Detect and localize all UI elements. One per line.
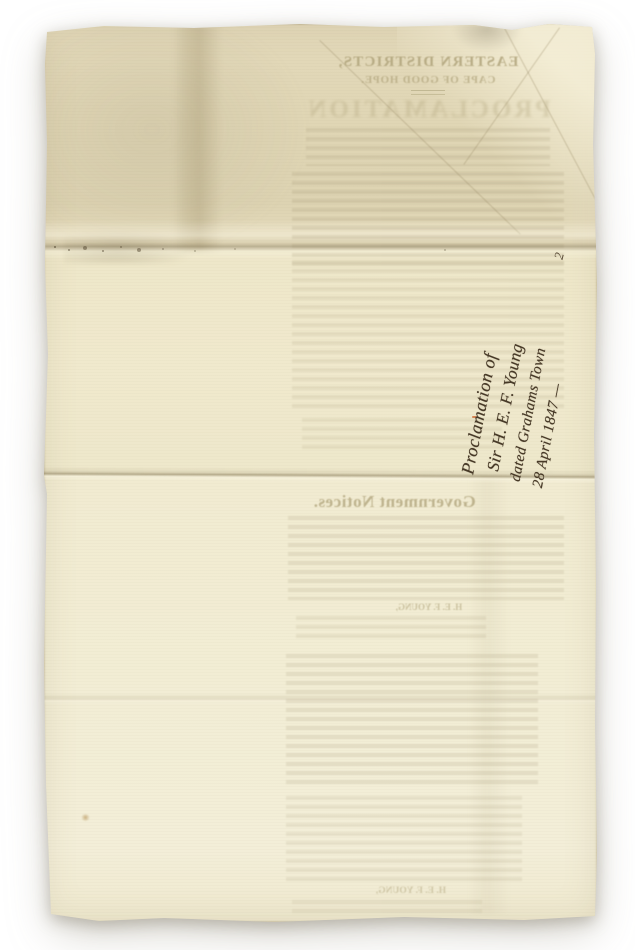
document-page: EASTERN DISTRICTS, CAPE OF GOOD HOPE. PR… [44,24,597,922]
showthrough-title: PROCLAMATION [292,96,564,125]
foxing-spot [81,814,90,821]
showthrough-byline-lines [306,128,550,166]
showthrough-imprint-lines [292,900,482,913]
showthrough-place-line: CAPE OF GOOD HOPE. [292,74,564,87]
showthrough-paragraph-lower [286,654,538,784]
showthrough-dateline-lines [296,616,486,638]
photograph-background: EASTERN DISTRICTS, CAPE OF GOOD HOPE. PR… [0,0,635,950]
fold-crease-speckles [54,246,56,248]
paper-shadow: EASTERN DISTRICTS, CAPE OF GOOD HOPE. PR… [0,0,635,950]
showthrough-signature: H. E. F. YOUNG, [374,602,484,612]
showthrough-paragraph-notices [288,516,564,600]
showthrough-signature-bottom: H. E. F. YOUNG, [356,886,466,897]
showthrough-paragraph-bottom [286,796,522,882]
showthrough-double-rule [411,90,445,95]
showthrough-masthead: EASTERN DISTRICTS, [292,54,564,71]
vertical-discoloration-band [172,24,222,252]
top-edge-smudge [452,24,522,52]
showthrough-notices-heading: Government Notices. [292,492,497,512]
